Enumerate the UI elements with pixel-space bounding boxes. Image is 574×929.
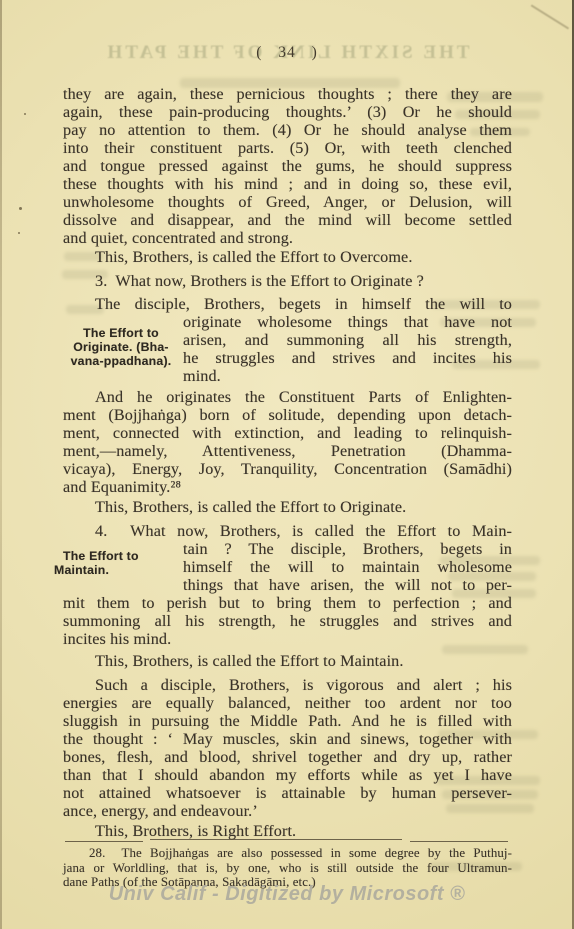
footnote-line: 28. The Bojjhaṅgas are also possessed in… [63,846,512,861]
ink-speck [18,232,20,234]
digitization-watermark: Univ Calif - Digitized by Microsoft ® [0,883,574,906]
text-line: And he originates the Constituent Parts … [63,388,512,406]
text-line: ance, energy, and endeavour.’ [63,802,512,820]
scan-scratch [531,4,569,29]
text-line: they are again, these pernicious thought… [63,85,512,103]
footnote-separator [65,841,143,842]
paragraph-right-effort: This, Brothers, is Right Effort. [63,822,512,840]
paragraph-called-originate: This, Brothers, is called the Effort to … [63,498,512,516]
text-line: 4. What now, Brothers, is called the Eff… [63,522,512,540]
text-line: the thought : ‘ May muscles, skin and si… [63,730,512,748]
text-line: himself the will to maintain wholesome [183,558,512,576]
text-line: This, Brothers, is called the Effort to … [63,652,512,670]
ink-speck [24,113,26,115]
text-block: they are again, these pernicious thought… [63,0,512,929]
text-line: not attained whatsoever is attainable by… [63,784,512,802]
text-line: This, Brothers, is called the Effort to … [63,248,512,266]
text-line: The disciple, Brothers, begets in himsel… [63,295,512,313]
margin-note-line: Originate. (Bha- [60,341,182,355]
paragraph-vigorous-disciple: Such a disciple, Brothers, is vigorous a… [63,676,512,820]
text-line: things that have arisen, the will not to… [183,576,512,594]
scanned-book-page: THE SIXTH LINK OF THE PATH ( 34 ) they a… [0,0,574,929]
text-line: again, these pain-producing thoughts.’ (… [63,103,512,121]
scan-edge-left [0,0,2,929]
text-line: Such a disciple, Brothers, is vigorous a… [63,676,512,694]
footnote-line: jana or Worldling, that is, by one, who … [63,861,512,876]
ink-speck [19,207,22,210]
text-line: 3. What now, Brothers is the Effort to O… [63,272,512,290]
paragraph-question-originate: 3. What now, Brothers is the Effort to O… [63,272,512,290]
text-line: arisen, and summoning all his strength, [183,331,512,349]
paragraph-effort-overcome: This, Brothers, is called the Effort to … [63,248,512,266]
text-line: ment (Bojjhaṅga) born of solitude, depen… [63,406,512,424]
margin-note-line: The Effort to [60,327,182,341]
wrapped-column: tain ? The disciple, Brothers, begets in… [183,540,512,594]
footnote-separator [410,841,508,842]
text-line: This, Brothers, is Right Effort. [63,822,512,840]
text-line: originate wholesome things that have not [183,313,512,331]
text-line: unwholesome thoughts of Greed, Anger, or… [63,193,512,211]
text-line: energies are equally balanced, neither t… [63,694,512,712]
paragraph-continuation: they are again, these pernicious thought… [63,85,512,247]
text-line: and quiet, concentrated and strong. [63,229,512,247]
paragraph-bojjhanga: And he originates the Constituent Parts … [63,388,512,496]
text-line: incites his mind. [63,630,512,648]
text-line: into their constituent parts. (5) Or, wi… [63,139,512,157]
text-line: ment,—namely, Attentiveness, Penetration… [63,442,512,460]
margin-note-line: Maintain. [54,564,184,578]
text-line: vicaya), Energy, Joy, Tranquility, Conce… [63,460,512,478]
text-line: and tongue pressed against the gums, he … [63,157,512,175]
text-line: these thoughts with his mind ; and in do… [63,175,512,193]
margin-note-maintain: The Effort to Maintain. [54,550,184,578]
footnote-separator [150,839,402,840]
margin-note-originate: The Effort to Originate. (Bha- vana-ppad… [60,327,182,368]
text-line: dissolve and disappear, and the mind wil… [63,211,512,229]
text-line: sluggish in pursuing the Middle Path. An… [63,712,512,730]
margin-note-line: The Effort to [54,550,184,564]
text-line: summoning all his strength, he struggles… [63,612,512,630]
text-line: than that I should abandon my efforts wh… [63,766,512,784]
text-line: This, Brothers, is called the Effort to … [63,498,512,516]
paragraph-effort-maintain: 4. What now, Brothers, is called the Eff… [63,522,512,648]
text-line: ment, connected with extinction, and lea… [63,424,512,442]
text-line: he struggles and strives and incites his [183,349,512,367]
text-line: tain ? The disciple, Brothers, begets in [183,540,512,558]
paragraph-called-maintain: This, Brothers, is called the Effort to … [63,652,512,670]
text-line: and Equanimity.²⁸ [63,478,512,496]
wrapped-column: originate wholesome things that have not… [183,313,512,385]
text-line: bones, flesh, and blood, shrivel togethe… [63,748,512,766]
text-line: pay no attention to them. (4) Or he shou… [63,121,512,139]
margin-note-line: vana-ppadhana). [60,355,182,369]
text-line: mind. [183,367,512,385]
text-line: mit them to perish but to bring them to … [63,594,512,612]
